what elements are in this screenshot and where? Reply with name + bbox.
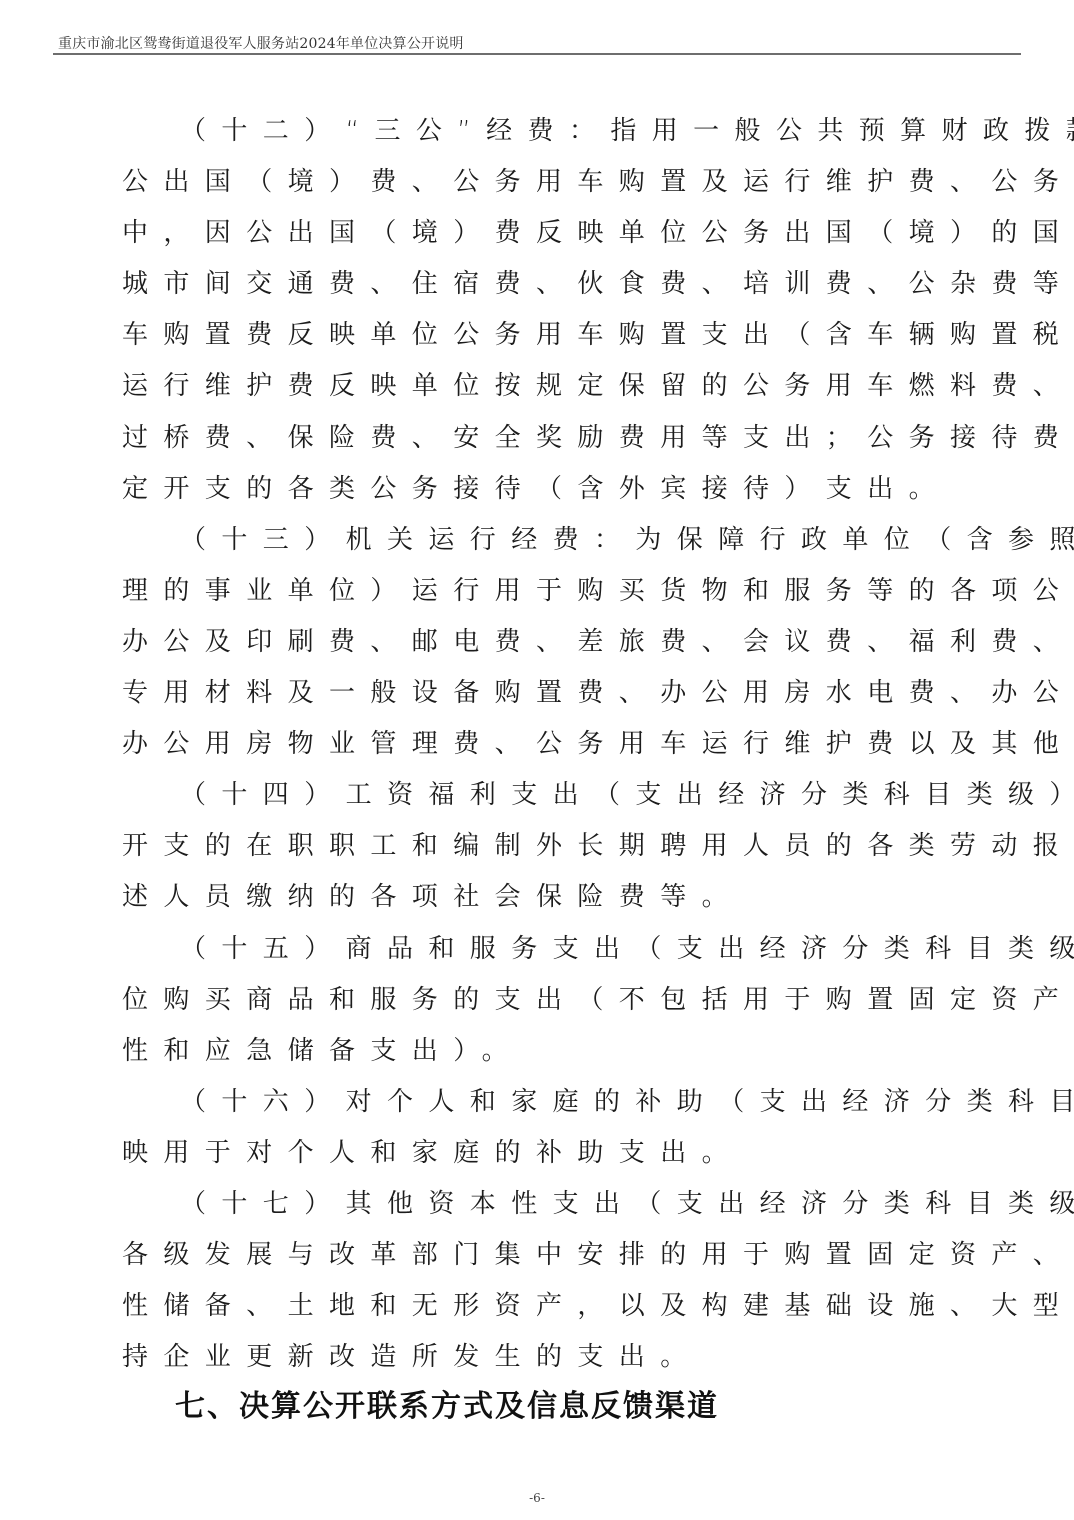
text-line: （十六）对个人和家庭的补助（支出经济分类科目类级）：反 <box>122 1084 962 1135</box>
text-line: 办公用房物业管理费、公务用车运行维护费以及其他费用。 <box>122 726 962 777</box>
text-line: 述人员缴纳的各项社会保险费等。 <box>122 879 962 930</box>
text-line: （十三）机关运行经费：为保障行政单位（含参照公务员法管 <box>122 522 962 573</box>
text-line: 车购置费反映单位公务用车购置支出（含车辆购置税）；公务用车 <box>122 317 962 368</box>
text-line: 专用材料及一般设备购置费、办公用房水电费、办公用房取暖费、 <box>122 675 962 726</box>
paragraph-17: （十七）其他资本性支出（支出经济分类科目类级）：反映非 各级发展与改革部门集中安… <box>122 1186 962 1390</box>
text-line: 城市间交通费、住宿费、伙食费、培训费、公杂费等支出；公务用 <box>122 266 962 317</box>
text-line: 性和应急储备支出）。 <box>122 1033 962 1084</box>
text-line: 办公及印刷费、邮电费、差旅费、会议费、福利费、日常维护费、 <box>122 624 962 675</box>
text-line: 映用于对个人和家庭的补助支出。 <box>122 1135 962 1186</box>
text-line: 公出国（境）费、公务用车购置及运行维护费、公务接待费。其 <box>122 164 962 215</box>
text-line: （十四）工资福利支出（支出经济分类科目类级）：反映单位 <box>122 777 962 828</box>
section-heading: 七、决算公开联系方式及信息反馈渠道 <box>175 1381 719 1425</box>
text-line: 位购买商品和服务的支出（不包括用于购置固定资产的支出、战略 <box>122 982 962 1033</box>
text-line: 开支的在职职工和编制外长期聘用人员的各类劳动报酬，以及为上 <box>122 828 962 879</box>
paragraph-13: （十三）机关运行经费：为保障行政单位（含参照公务员法管 理的事业单位）运行用于购… <box>122 522 962 777</box>
text-line: 定开支的各类公务接待（含外宾接待）支出。 <box>122 471 962 522</box>
text-line: （十五）商品和服务支出（支出经济分类科目类级）：反映单 <box>122 931 962 982</box>
text-line: 各级发展与改革部门集中安排的用于购置固定资产、战略性和应急 <box>122 1237 962 1288</box>
page-number: -6- <box>0 1491 1074 1505</box>
paragraph-14: （十四）工资福利支出（支出经济分类科目类级）：反映单位 开支的在职职工和编制外长… <box>122 777 962 930</box>
document-header-title: 重庆市渝北区鸳鸯街道退役军人服务站2024年单位决算公开说明 <box>58 33 464 53</box>
paragraph-15: （十五）商品和服务支出（支出经济分类科目类级）：反映单 位购买商品和服务的支出（… <box>122 931 962 1084</box>
text-line: （十二）“三公”经费：指用一般公共预算财政拨款安排的因 <box>122 113 962 164</box>
document-body: （十二）“三公”经费：指用一般公共预算财政拨款安排的因 公出国（境）费、公务用车… <box>122 113 962 1390</box>
header-divider <box>53 53 1021 55</box>
text-line: 中，因公出国（境）费反映单位公务出国（境）的国际旅费、国外 <box>122 215 962 266</box>
text-line: 性储备、土地和无形资产，以及构建基础设施、大型修缮和财政支 <box>122 1288 962 1339</box>
text-line: （十七）其他资本性支出（支出经济分类科目类级）：反映非 <box>122 1186 962 1237</box>
text-line: 过桥费、保险费、安全奖励费用等支出；公务接待费反映单位按规 <box>122 420 962 471</box>
text-line: 理的事业单位）运行用于购买货物和服务等的各项公用经费，包括 <box>122 573 962 624</box>
paragraph-16: （十六）对个人和家庭的补助（支出经济分类科目类级）：反 映用于对个人和家庭的补助… <box>122 1084 962 1186</box>
paragraph-12: （十二）“三公”经费：指用一般公共预算财政拨款安排的因 公出国（境）费、公务用车… <box>122 113 962 522</box>
text-line: 运行维护费反映单位按规定保留的公务用车燃料费、维修费、过路 <box>122 368 962 419</box>
